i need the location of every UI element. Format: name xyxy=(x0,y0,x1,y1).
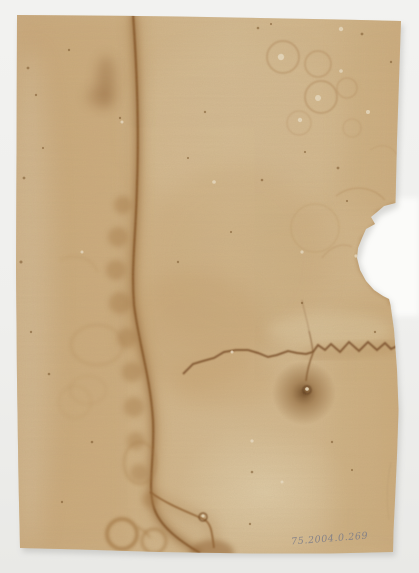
paper-surface xyxy=(0,0,419,573)
stained-paper-sheet xyxy=(0,0,419,573)
grain-texture xyxy=(0,0,419,573)
photo-of-stained-paper: 75.2004.0.269 xyxy=(0,0,419,573)
